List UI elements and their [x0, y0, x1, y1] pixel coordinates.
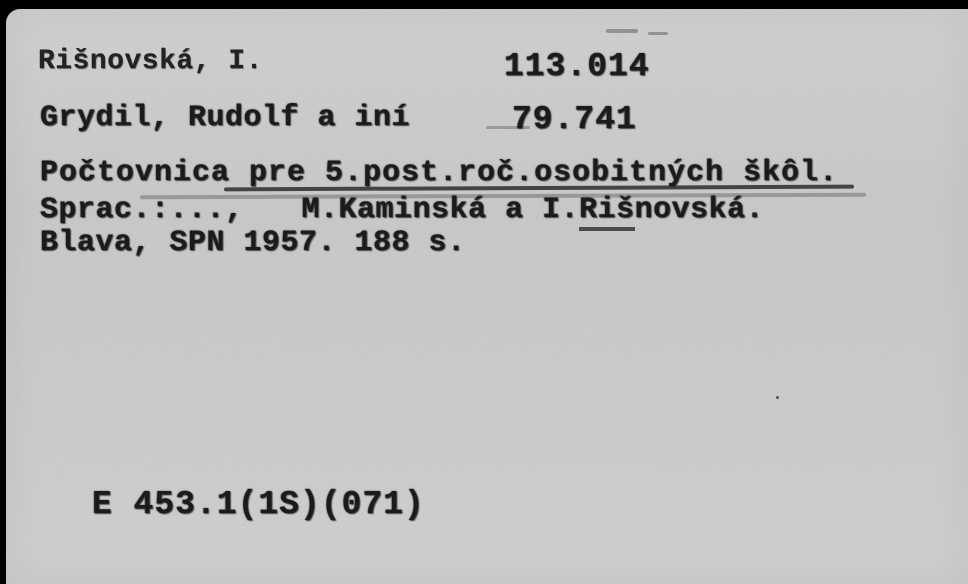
statement-of-responsibility: Sprac.:...,M.Kaminská a I.Rišnovská. [40, 193, 764, 227]
imprint-line: Blava, SPN 1957. 188 s. [40, 226, 466, 260]
title-line: Počtovnica pre 5.post.roč.osobitných škô… [40, 156, 838, 190]
accession-number: 113.014 [504, 48, 650, 85]
scan-background: { "colors": { "scan_background": "#00000… [0, 0, 968, 584]
catalog-card: Rišnovská, I. 113.014 Grydil, Rudolf a i… [6, 9, 968, 584]
statement-tail: novská. [635, 193, 765, 227]
author-heading: Rišnovská, I. [38, 46, 263, 77]
title-lead: Počtovnica [40, 156, 249, 190]
statement-names: M.Kaminská a I. [302, 193, 580, 227]
stray-pencil-mark [648, 32, 668, 35]
coauthor-heading: Grydil, Rudolf a iní [40, 101, 410, 135]
coauthor-number: 79.741 [512, 101, 637, 138]
statement-underlined-name-part: Riš [579, 193, 635, 227]
call-number: E 453.1(1S)(071) [92, 486, 425, 523]
statement-lead: Sprac.:..., [40, 193, 244, 227]
stray-pencil-mark [606, 29, 638, 33]
title-underlined: pre 5.post.roč.osobitných škôl. [249, 156, 838, 190]
paper-speck [776, 396, 779, 399]
